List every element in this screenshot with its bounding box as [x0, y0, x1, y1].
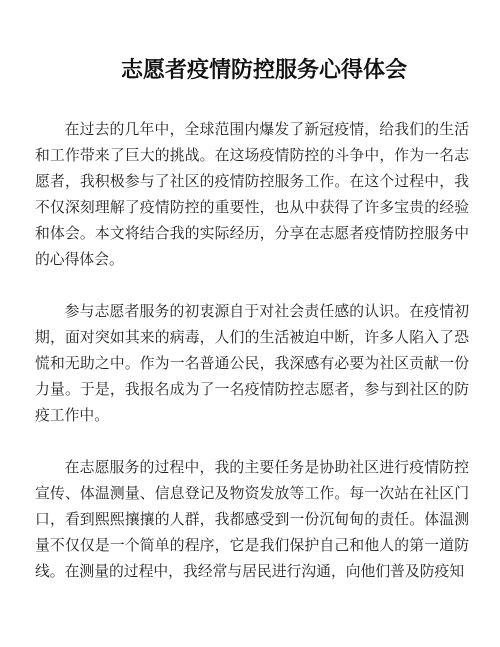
- document-title: 志愿者疫情防控服务心得体会: [35, 55, 469, 85]
- document-body: 在过去的几年中，全球范围内爆发了新冠疫情，给我们的生活和工作带来了巨大的挑战。在…: [35, 117, 469, 585]
- doc-paragraph-1: 在过去的几年中，全球范围内爆发了新冠疫情，给我们的生活和工作带来了巨大的挑战。在…: [35, 117, 469, 273]
- document-page: 志愿者疫情防控服务心得体会 在过去的几年中，全球范围内爆发了新冠疫情，给我们的生…: [0, 0, 500, 647]
- doc-paragraph-2: 参与志愿者服务的初衷源自于对社会责任感的认识。在疫情初期，面对突如其来的病毒，人…: [35, 299, 469, 429]
- doc-paragraph-3: 在志愿服务的过程中，我的主要任务是协助社区进行疫情防控宣传、体温测量、信息登记及…: [35, 455, 469, 585]
